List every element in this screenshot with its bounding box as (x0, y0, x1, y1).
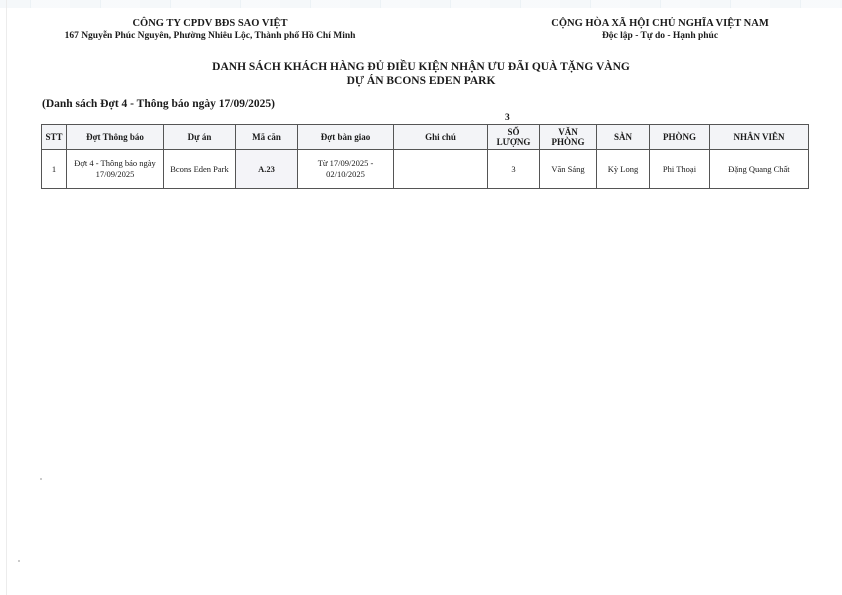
scan-speck (40, 478, 42, 480)
cell-dot-ban-giao: Từ 17/09/2025 - 02/10/2025 (298, 150, 394, 189)
motto-line-1: CỘNG HÒA XÃ HỘI CHỦ NGHĨA VIỆT NAM (520, 17, 800, 30)
col-ghi-chu: Ghi chú (394, 125, 488, 150)
cell-so-luong: 3 (488, 150, 540, 189)
cell-van-phong: Văn Sáng (540, 150, 597, 189)
col-du-an: Dự án (164, 125, 236, 150)
table-row: 1 Đợt 4 - Thông báo ngày 17/09/2025 Bcon… (42, 150, 809, 189)
col-phong: PHÒNG (650, 125, 710, 150)
total-quantity: 3 (505, 113, 510, 123)
cell-ma-can: A.23 (236, 150, 298, 189)
company-header: CÔNG TY CPDV BĐS SAO VIỆT 167 Nguyễn Phú… (40, 17, 380, 43)
col-so-luong: SỐ LƯỢNG (488, 125, 540, 150)
customer-table: STT Đợt Thông báo Dự án Mã căn Đợt bàn g… (41, 124, 809, 189)
document-subtitle: (Danh sách Đợt 4 - Thông báo ngày 17/09/… (42, 98, 275, 110)
scan-edge-artifact (0, 0, 842, 8)
national-motto: CỘNG HÒA XÃ HỘI CHỦ NGHĨA VIỆT NAM Độc l… (520, 17, 800, 43)
cell-phong: Phi Thoại (650, 150, 710, 189)
col-stt: STT (42, 125, 67, 150)
col-dot-thong-bao: Đợt Thông báo (67, 125, 164, 150)
col-dot-ban-giao: Đợt bàn giao (298, 125, 394, 150)
cell-dot-thong-bao: Đợt 4 - Thông báo ngày 17/09/2025 (67, 150, 164, 189)
cell-stt: 1 (42, 150, 67, 189)
document-title: DANH SÁCH KHÁCH HÀNG ĐỦ ĐIỀU KIỆN NHẬN Ư… (0, 61, 842, 73)
cell-nhan-vien: Đặng Quang Chất (710, 150, 809, 189)
company-name: CÔNG TY CPDV BĐS SAO VIỆT (40, 17, 380, 30)
scan-speck (18, 560, 20, 562)
col-nhan-vien: NHÂN VIÊN (710, 125, 809, 150)
col-van-phong: VĂN PHÒNG (540, 125, 597, 150)
table-header-row: STT Đợt Thông báo Dự án Mã căn Đợt bàn g… (42, 125, 809, 150)
company-address: 167 Nguyễn Phúc Nguyên, Phường Nhiêu Lộc… (40, 30, 380, 43)
scan-margin-line (6, 0, 7, 595)
cell-san: Kỳ Long (597, 150, 650, 189)
cell-du-an: Bcons Eden Park (164, 150, 236, 189)
cell-ghi-chu (394, 150, 488, 189)
col-ma-can: Mã căn (236, 125, 298, 150)
project-title: DỰ ÁN BCONS EDEN PARK (0, 75, 842, 87)
col-san: SÀN (597, 125, 650, 150)
motto-line-2: Độc lập - Tự do - Hạnh phúc (520, 30, 800, 43)
